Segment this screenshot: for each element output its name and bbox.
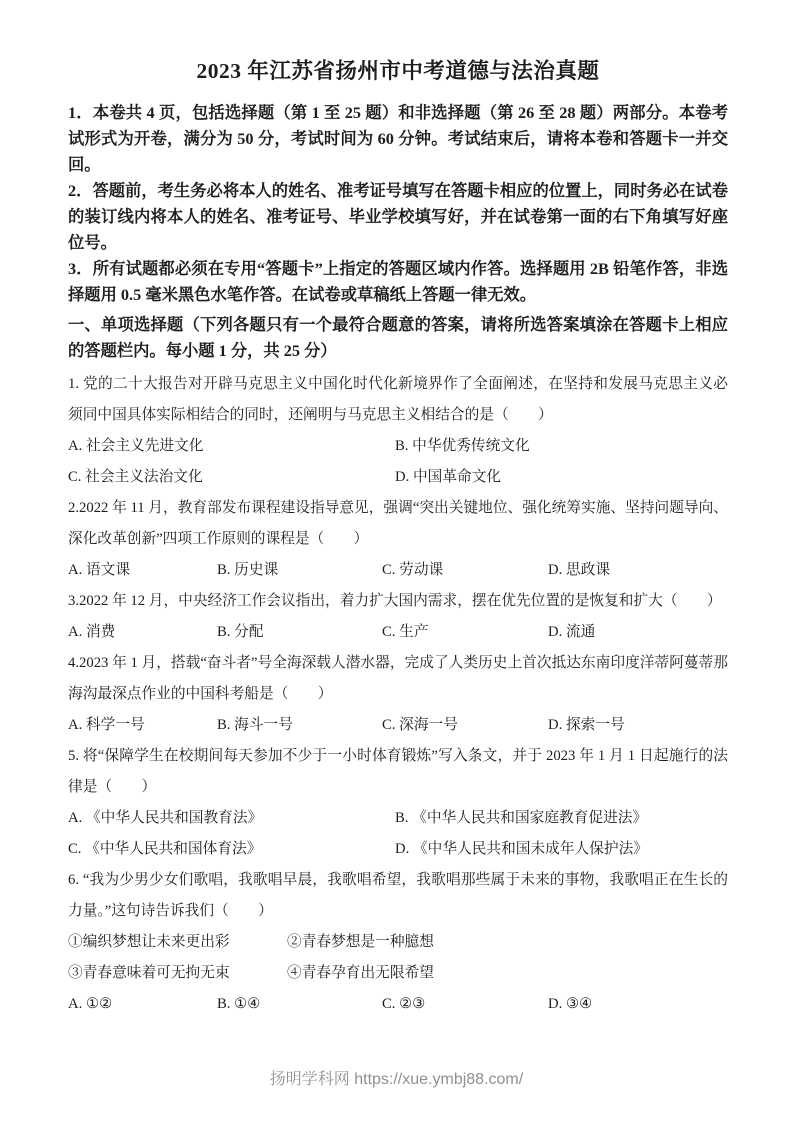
question-1-option-a: A. 社会主义先进文化 [68,431,395,462]
exam-instructions: 1．本卷共 4 页，包括选择题（第 1 至 25 题）和非选择题（第 26 至 … [68,100,728,308]
question-1-option-d: D. 中国革命文化 [395,462,728,493]
question-6-option-c: C. ②③ [382,989,548,1020]
question-4-option-b: B. 海斗一号 [217,710,382,741]
question-4-option-c: C. 深海一号 [382,710,548,741]
page-content: 2023 年江苏省扬州市中考道德与法治真题 1．本卷共 4 页，包括选择题（第 … [0,0,793,1020]
question-4-stem: 4.2023 年 1 月，搭载“奋斗者”号全海深载人潜水器，完成了人类历史上首次… [68,648,728,710]
instruction-paragraph-1: 1．本卷共 4 页，包括选择题（第 1 至 25 题）和非选择题（第 26 至 … [68,100,728,178]
question-5-options-row-2: C. 《中华人民共和国体育法》 D. 《中华人民共和国未成年人保护法》 [68,834,728,865]
question-5-option-d: D. 《中华人民共和国未成年人保护法》 [395,834,728,865]
question-1-options-row-1: A. 社会主义先进文化 B. 中华优秀传统文化 [68,431,728,462]
question-2-stem: 2.2022 年 11 月，教育部发布课程建设指导意见，强调“突出关键地位、强化… [68,493,728,555]
question-6-option-d: D. ③④ [548,989,728,1020]
questions-area: 1. 党的二十大报告对开辟马克思主义中国化时代化新境界作了全面阐述，在坚持和发展… [68,369,728,1020]
question-4-options-row: A. 科学一号 B. 海斗一号 C. 深海一号 D. 探索一号 [68,710,728,741]
question-6-statements-row-2: ③青春意味着可无拘无束 ④青春孕育出无限希望 [68,958,728,989]
instruction-paragraph-3: 3．所有试题都必须在专用“答题卡”上指定的答题区域内作答。选择题用 2B 铅笔作… [68,256,728,308]
question-4-option-a: A. 科学一号 [68,710,217,741]
question-5-options-row-1: A. 《中华人民共和国教育法》 B. 《中华人民共和国家庭教育促进法》 [68,803,728,834]
question-3-option-c: C. 生产 [382,617,548,648]
question-4-option-d: D. 探索一号 [548,710,728,741]
question-6-option-a: A. ①② [68,989,217,1020]
question-1-options-row-2: C. 社会主义法治文化 D. 中国革命文化 [68,462,728,493]
question-5-option-a: A. 《中华人民共和国教育法》 [68,803,395,834]
question-6-statements-row-1: ①编织梦想让未来更出彩 ②青春梦想是一种臆想 [68,927,728,958]
footer-watermark: 扬明学科网 https://xue.ymbj88.com/ [0,1066,793,1089]
question-1-option-c: C. 社会主义法治文化 [68,462,395,493]
question-6-statement-2: ②青春梦想是一种臆想 [287,927,728,958]
question-3-option-d: D. 流通 [548,617,728,648]
question-3-option-a: A. 消费 [68,617,217,648]
question-2-option-a: A. 语文课 [68,555,217,586]
question-3-options-row: A. 消费 B. 分配 C. 生产 D. 流通 [68,617,728,648]
section-heading: 一、单项选择题（下列各题只有一个最符合题意的答案，请将所选答案填涂在答题卡上相应… [68,312,728,364]
exam-paper-page: 2023 年江苏省扬州市中考道德与法治真题 1．本卷共 4 页，包括选择题（第 … [0,0,793,1122]
question-6-options-row: A. ①② B. ①④ C. ②③ D. ③④ [68,989,728,1020]
question-5-option-c: C. 《中华人民共和国体育法》 [68,834,395,865]
question-6-option-b: B. ①④ [217,989,382,1020]
question-2-option-c: C. 劳动课 [382,555,548,586]
question-2-option-b: B. 历史课 [217,555,382,586]
question-1: 1. 党的二十大报告对开辟马克思主义中国化时代化新境界作了全面阐述，在坚持和发展… [68,369,728,493]
question-2: 2.2022 年 11 月，教育部发布课程建设指导意见，强调“突出关键地位、强化… [68,493,728,586]
question-2-option-d: D. 思政课 [548,555,728,586]
question-3: 3.2022 年 12 月，中央经济工作会议指出，着力扩大国内需求，摆在优先位置… [68,586,728,648]
instruction-paragraph-2: 2．答题前，考生务必将本人的姓名、准考证号填写在答题卡相应的位置上，同时务必在试… [68,178,728,256]
question-5-stem: 5. 将“保障学生在校期间每天参加不少于一小时体育锻炼”写入条文，并于 2023… [68,741,728,803]
question-3-stem: 3.2022 年 12 月，中央经济工作会议指出，着力扩大国内需求，摆在优先位置… [68,586,728,617]
question-1-stem: 1. 党的二十大报告对开辟马克思主义中国化时代化新境界作了全面阐述，在坚持和发展… [68,369,728,431]
question-6: 6. “我为少男少女们歌唱，我歌唱早晨，我歌唱希望，我歌唱那些属于未来的事物，我… [68,865,728,1020]
question-5: 5. 将“保障学生在校期间每天参加不少于一小时体育锻炼”写入条文，并于 2023… [68,741,728,865]
question-1-option-b: B. 中华优秀传统文化 [395,431,728,462]
question-6-statement-1: ①编织梦想让未来更出彩 [68,927,287,958]
question-6-stem: 6. “我为少男少女们歌唱，我歌唱早晨，我歌唱希望，我歌唱那些属于未来的事物，我… [68,865,728,927]
question-4: 4.2023 年 1 月，搭载“奋斗者”号全海深载人潜水器，完成了人类历史上首次… [68,648,728,741]
question-3-option-b: B. 分配 [217,617,382,648]
question-6-statement-3: ③青春意味着可无拘无束 [68,958,287,989]
question-2-options-row: A. 语文课 B. 历史课 C. 劳动课 D. 思政课 [68,555,728,586]
doc-title: 2023 年江苏省扬州市中考道德与法治真题 [68,56,728,86]
question-5-option-b: B. 《中华人民共和国家庭教育促进法》 [395,803,728,834]
question-6-statement-4: ④青春孕育出无限希望 [287,958,728,989]
